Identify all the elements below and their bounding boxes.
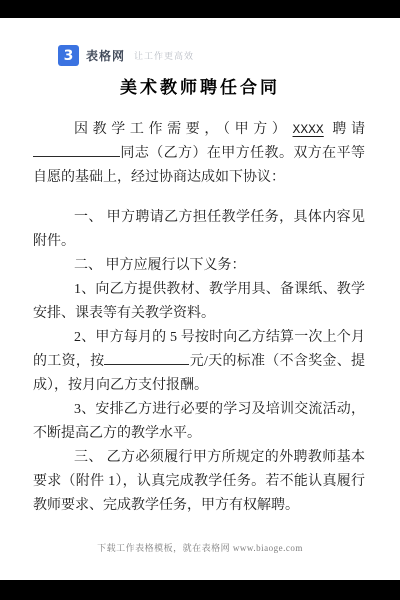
- clause-2-item-3: 3、安排乙方进行必要的学习及培训交流活动，不断提高乙方的教学水平。: [33, 398, 365, 446]
- brand-header: 3 表格网 让工作更高效: [58, 45, 194, 66]
- intro-text-pre: 因教学工作需要，（甲方）: [74, 122, 291, 137]
- intro-paragraph: 因教学工作需要，（甲方）XXXX聘请同志（乙方）在甲方任教。双方在平等自愿的基础…: [33, 118, 365, 190]
- letterbox-top: [0, 0, 400, 18]
- teacher-name-blank: [33, 143, 120, 157]
- contract-body: 因教学工作需要，（甲方）XXXX聘请同志（乙方）在甲方任教。双方在平等自愿的基础…: [33, 118, 365, 518]
- brand-name: 表格网: [86, 47, 125, 64]
- clause-2: 二、 甲方应履行以下义务：: [33, 254, 365, 278]
- document-page: 3 表格网 让工作更高效 美术教师聘任合同 因教学工作需要，（甲方）XXXX聘请…: [0, 18, 400, 580]
- page-footer: 下载工作表格模板，就在表格网 www.biaoge.com: [0, 541, 400, 554]
- biaoge-logo-icon: 3: [58, 45, 79, 66]
- clause-2-item-2: 2、甲方每月的 5 号按时向乙方结算一次上个月的工资，按元/天的标准（不含奖金、…: [33, 326, 365, 398]
- clause-2-item-1: 1、向乙方提供教材、教学用具、备课纸、教学安排、课表等有关教学资料。: [33, 278, 365, 326]
- intro-text-mid: 聘请: [328, 122, 365, 137]
- brand-tagline: 让工作更高效: [134, 49, 194, 62]
- clause-3: 三、 乙方必须履行甲方所规定的外聘教师基本要求（附件 1），认真完成教学任务。若…: [33, 446, 365, 518]
- clause-1: 一、 甲方聘请乙方担任教学任务，具体内容见附件。: [33, 206, 365, 254]
- letterbox-bottom: [0, 580, 400, 600]
- document-title: 美术教师聘任合同: [0, 73, 400, 98]
- daily-wage-blank: [104, 351, 189, 365]
- party-a-placeholder: XXXX: [293, 122, 324, 137]
- document-preview: 3 表格网 让工作更高效 美术教师聘任合同 因教学工作需要，（甲方）XXXX聘请…: [0, 0, 400, 600]
